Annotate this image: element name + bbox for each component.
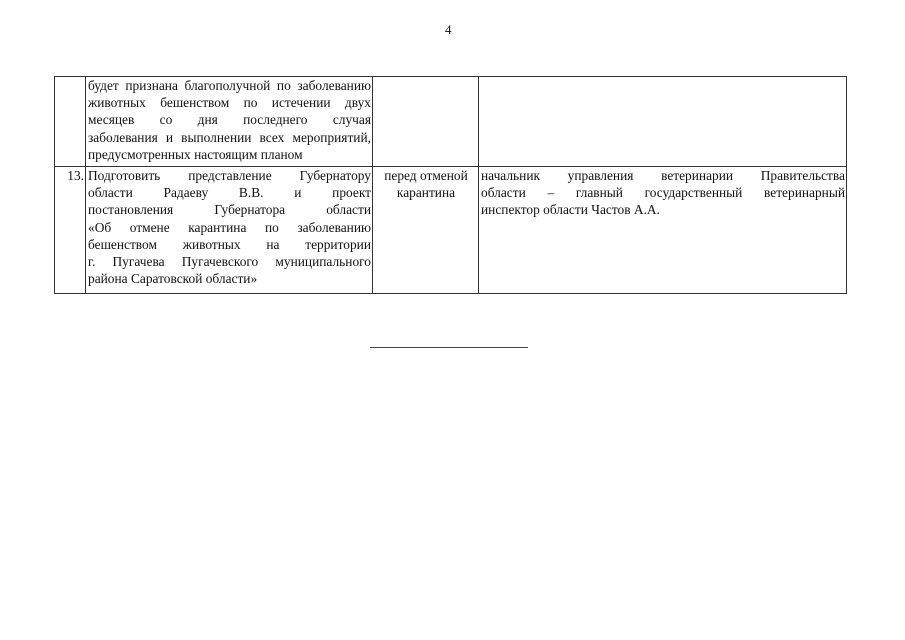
action-line: бешенством животных на территории [88, 236, 371, 253]
action-line: животных бешенством по истечении двух [88, 94, 371, 111]
action-cell: будет признана благополучной по заболева… [86, 77, 373, 167]
action-line: района Саратовской области» [88, 270, 371, 287]
action-cell: Подготовить представление Губернатору об… [86, 167, 373, 294]
action-line: месяцев со дня последнего случая [88, 111, 371, 128]
end-separator-line [370, 347, 528, 348]
term-cell: перед отменой карантина [373, 167, 479, 294]
responsible-line: начальник управления ветеринарии Правите… [481, 167, 845, 184]
action-line: «Об отмене карантина по заболеванию [88, 219, 371, 236]
action-line: области Радаеву В.В. и проект [88, 184, 371, 201]
table-row: 13. Подготовить представление Губернатор… [55, 167, 847, 294]
page-number: 4 [445, 22, 452, 38]
action-line: будет признана благополучной по заболева… [88, 77, 371, 94]
term-line: карантина [375, 184, 477, 201]
row-number-cell: 13. [55, 167, 86, 294]
action-line: г. Пугачева Пугачевского муниципального [88, 253, 371, 270]
action-line: Подготовить представление Губернатору [88, 167, 371, 184]
responsible-cell [479, 77, 847, 167]
responsible-cell: начальник управления ветеринарии Правите… [479, 167, 847, 294]
row-number-cell [55, 77, 86, 167]
responsible-line: инспектор области Частов А.А. [481, 201, 845, 218]
plan-table: будет признана благополучной по заболева… [54, 76, 847, 294]
responsible-line: области – главный государственный ветери… [481, 184, 845, 201]
action-line: постановления Губернатора области [88, 201, 371, 218]
action-line: предусмотренных настоящим планом [88, 146, 371, 163]
table-row: будет признана благополучной по заболева… [55, 77, 847, 167]
action-line: заболевания и выполнении всех мероприяти… [88, 129, 371, 146]
term-cell [373, 77, 479, 167]
term-line: перед отменой [375, 167, 477, 184]
